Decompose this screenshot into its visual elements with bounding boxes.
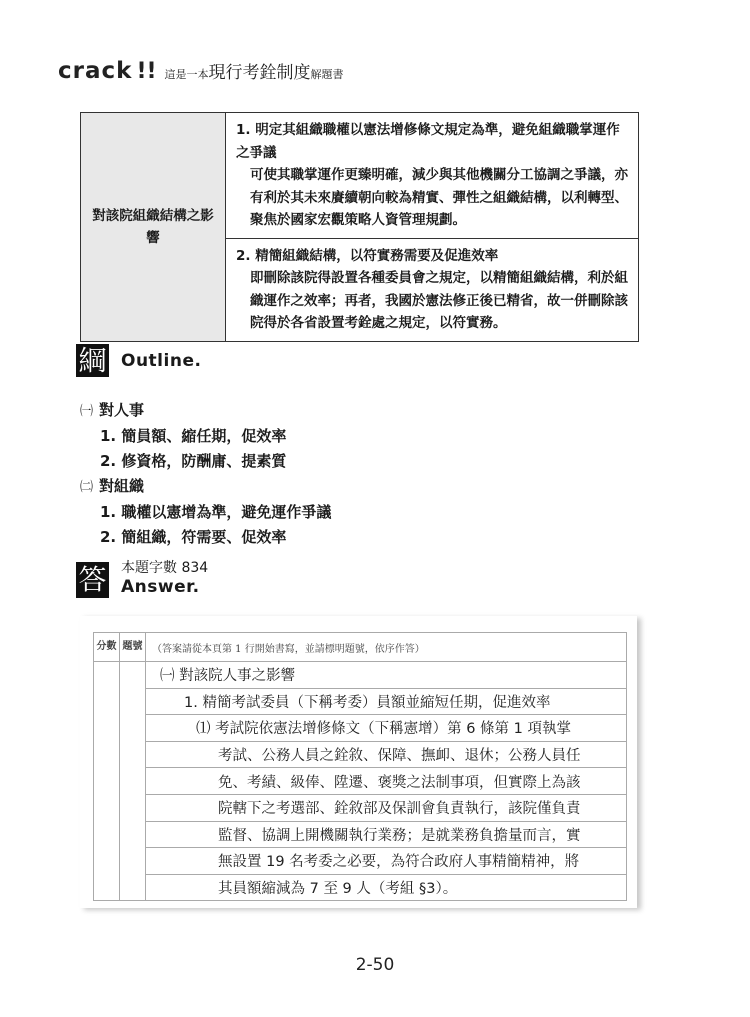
item-body: 即刪除該院得設置各種委員會之規定，以精簡組織結構，利於組織運作之效率；再者，我國… [236, 267, 628, 335]
sheet-header-row: 分數 題號 （答案請從本頁第 1 行開始書寫，並請標明題號，依序作答） [94, 633, 627, 662]
book-subtitle-prefix: 這是一本 [165, 66, 209, 82]
answer-line: 無設置 19 名考委之必要，為符合政府人事精簡精神，將 [146, 848, 627, 875]
page-number: 2-50 [0, 955, 750, 975]
question-number-column-header: 題號 [120, 633, 146, 662]
sheet-line: ㈠ 對該院人事之影響 [94, 662, 627, 689]
brand-logo: crack [58, 58, 132, 84]
group-marker: ㈠ [80, 404, 93, 419]
word-count: 本題字數 834 [121, 560, 208, 577]
group-marker: ㈡ [80, 480, 93, 495]
answer-icon: 答 [76, 562, 109, 598]
answer-line: 其員額縮減為 7 至 9 人（考組 §3）。 [146, 874, 627, 901]
answer-line: 1. 精簡考試委員（下稱考委）員額並縮短任期，促進效率 [146, 688, 627, 715]
item-title: 2. 精簡組織結構，以符實務需要及促進效率 [236, 245, 628, 268]
sheet-line: 院轄下之考選部、銓敘部及保訓會負責執行，該院僅負責 [94, 794, 627, 821]
table-cell-item-1: 1. 明定其組織職權以憲法增修條文規定為準，避免組織職掌運作之爭議 可使其職掌運… [226, 113, 639, 239]
outline-icon: 綱 [76, 344, 109, 377]
outline-group: ㈡對組織 [80, 474, 331, 500]
score-column [94, 662, 120, 901]
sheet-line: 監督、協調上開機關執行業務；是就業務負擔量而言，實 [94, 821, 627, 848]
book-subtitle-suffix: 解題書 [311, 66, 344, 82]
answer-line: 院轄下之考選部、銓敘部及保訓會負責執行，該院僅負責 [146, 794, 627, 821]
answer-line: 考試、公務人員之銓敘、保障、撫卹、退休；公務人員任 [146, 741, 627, 768]
answer-line: 免、考績、級俸、陞遷、褒獎之法制事項，但實際上為該 [146, 768, 627, 795]
outline-item: 2. 簡組織，符需要、促效率 [80, 525, 331, 550]
outline-item: 1. 簡員額、縮任期，促效率 [80, 424, 331, 449]
outline-item: 2. 修資格，防酬庸、提素質 [80, 449, 331, 474]
sheet-line: 無設置 19 名考委之必要，為符合政府人事精簡精神，將 [94, 848, 627, 875]
table-row: 對該院組織結構之影響 1. 明定其組織職權以憲法增修條文規定為準，避免組織職掌運… [81, 113, 639, 239]
answer-line: ⑴ 考試院依憲法增修條文（下稱憲增）第 6 條第 1 項執掌 [146, 715, 627, 742]
sheet-line: 其員額縮減為 7 至 9 人（考組 §3）。 [94, 874, 627, 901]
outline-heading: 綱 Outline. [76, 344, 201, 377]
item-title: 1. 明定其組織職權以憲法增修條文規定為準，避免組織職掌運作之爭議 [236, 119, 628, 164]
book-subtitle-main: 現行考銓制度 [209, 58, 311, 83]
score-column-header: 分數 [94, 633, 120, 662]
answer-sheet: 分數 題號 （答案請從本頁第 1 行開始書寫，並請標明題號，依序作答） ㈠ 對該… [80, 616, 637, 908]
brand-exclamation: !! [136, 59, 156, 84]
row-label: 對該院組織結構之影響 [81, 113, 226, 342]
group-label: 對組織 [99, 477, 144, 495]
outline-item: 1. 職權以憲增為準，避免運作爭議 [80, 500, 331, 525]
sheet-line: ⑴ 考試院依憲法增修條文（下稱憲增）第 6 條第 1 項執掌 [94, 715, 627, 742]
question-number-column [120, 662, 146, 901]
sheet-line: 免、考績、級俸、陞遷、褒獎之法制事項，但實際上為該 [94, 768, 627, 795]
item-body: 可使其職掌運作更臻明確，減少與其他機關分工協調之爭議，亦有利於其未來賡續朝向較為… [236, 164, 628, 232]
outline-title: Outline. [121, 351, 201, 371]
answer-title: Answer. [121, 577, 208, 597]
answer-heading: 答 本題字數 834 Answer. [76, 562, 208, 598]
analysis-table: 對該院組織結構之影響 1. 明定其組織職權以憲法增修條文規定為準，避免組織職掌運… [80, 112, 639, 342]
answer-sheet-table: 分數 題號 （答案請從本頁第 1 行開始書寫，並請標明題號，依序作答） ㈠ 對該… [93, 632, 627, 901]
group-label: 對人事 [99, 401, 144, 419]
table-cell-item-2: 2. 精簡組織結構，以符實務需要及促進效率 即刪除該院得設置各種委員會之規定，以… [226, 238, 639, 341]
outline-group: ㈠對人事 [80, 398, 331, 424]
answer-line: 監督、協調上開機關執行業務；是就業務負擔量而言，實 [146, 821, 627, 848]
sheet-line: 1. 精簡考試委員（下稱考委）員額並縮短任期，促進效率 [94, 688, 627, 715]
running-header: crack !! 這是一本 現行考銓制度 解題書 [58, 58, 344, 84]
sheet-instruction: （答案請從本頁第 1 行開始書寫，並請標明題號，依序作答） [146, 633, 627, 662]
answer-line: ㈠ 對該院人事之影響 [146, 662, 627, 689]
sheet-line: 考試、公務人員之銓敘、保障、撫卹、退休；公務人員任 [94, 741, 627, 768]
outline-list: ㈠對人事 1. 簡員額、縮任期，促效率 2. 修資格，防酬庸、提素質 ㈡對組織 … [80, 398, 331, 550]
